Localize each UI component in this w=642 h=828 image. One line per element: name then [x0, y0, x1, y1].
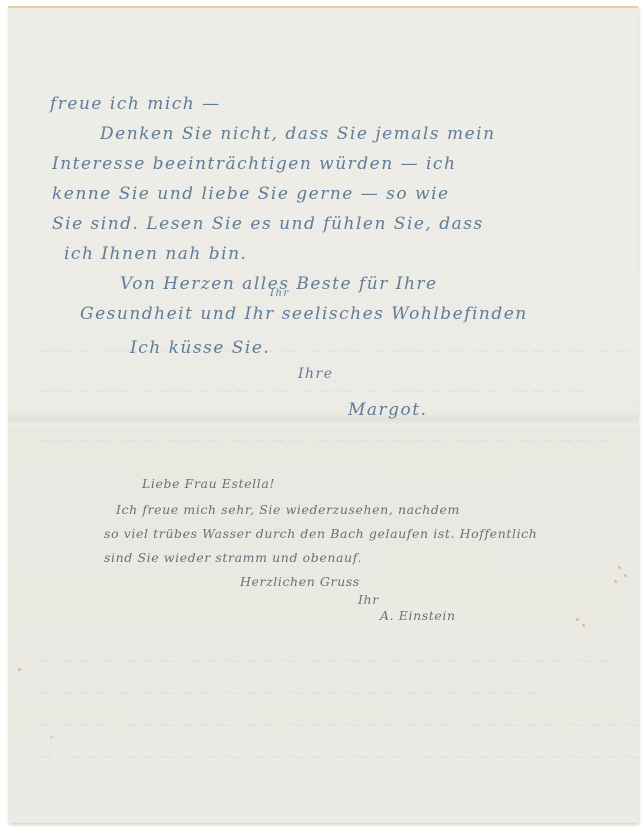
margot-ihre: Ihre	[298, 366, 334, 382]
margot-line-1: freue ich mich —	[50, 94, 221, 114]
margot-line-4: kenne Sie und liebe Sie gerne — so wie	[52, 184, 450, 204]
einstein-closing: Herzlichen Gruss	[240, 574, 360, 589]
einstein-closing-pronoun: Ihr	[358, 592, 379, 607]
einstein-body-line-1: Ich freue mich sehr, Sie wiederzusehen, …	[116, 502, 460, 517]
foxing-spot	[576, 618, 579, 621]
einstein-body-line-3: sind Sie wieder stramm und obenauf.	[104, 550, 362, 565]
letter-page: ~~~ ~~~~ ~~~~~~ ~~~ ~~~~~ ~~~~~~ ~~ ~~~~…	[8, 6, 638, 823]
margot-closing-line-3: Ich küsse Sie.	[130, 338, 270, 358]
einstein-body-line-2: so viel trübes Wasser durch den Bach gel…	[104, 526, 537, 541]
paper-fold-crease	[8, 412, 638, 426]
margot-signature: Margot.	[348, 400, 428, 420]
margot-closing-line-2: Gesundheit und Ihr seelisches Wohlbefind…	[80, 304, 528, 324]
bleed-through-text: ~~~ ~~~~ ~~~~~~ ~~~~ ~~~~~~ ~~~ ~~	[38, 648, 608, 672]
foxing-spot	[18, 668, 21, 671]
foxing-spot	[50, 736, 53, 739]
bleed-through-text: ~~~ ~~~~ ~~~~~~ ~~~ ~~~~~ ~~~~~~ ~~	[38, 338, 608, 362]
einstein-signature: A. Einstein	[380, 608, 456, 623]
bleed-through-text: ~~~~ ~~~~~~ ~~ ~~~~~~~~~ ~~~~~ ~~~~	[38, 712, 608, 736]
margot-line-2: Denken Sie nicht, dass Sie jemals mein	[100, 124, 496, 144]
foxing-spot	[614, 580, 617, 583]
margot-line-6: ich Ihnen nah bin.	[64, 244, 247, 264]
einstein-greeting: Liebe Frau Estella!	[142, 476, 275, 491]
margot-line-5: Sie sind. Lesen Sie es und fühlen Sie, d…	[52, 214, 484, 234]
bleed-through-text: ~~~~ ~~ ~~~ ~~~~ ~~~~~~~ ~~~ ~~~~~	[38, 428, 608, 452]
foxing-spot	[582, 624, 585, 627]
margot-insertion: Ihr	[270, 288, 290, 299]
bleed-through-text: ~ ~~~~~~~ ~~ ~~~~ ~~~~ ~~~~~~~~~~~~~	[38, 744, 608, 768]
margot-line-3: Interesse beeinträchtigen würden — ich	[52, 154, 456, 174]
bleed-through-text: ~~~~~ ~~~~ ~~~ ~~~~~~~~ ~~~~~	[38, 680, 608, 704]
foxing-spot	[618, 566, 621, 569]
foxing-spot	[624, 574, 627, 577]
